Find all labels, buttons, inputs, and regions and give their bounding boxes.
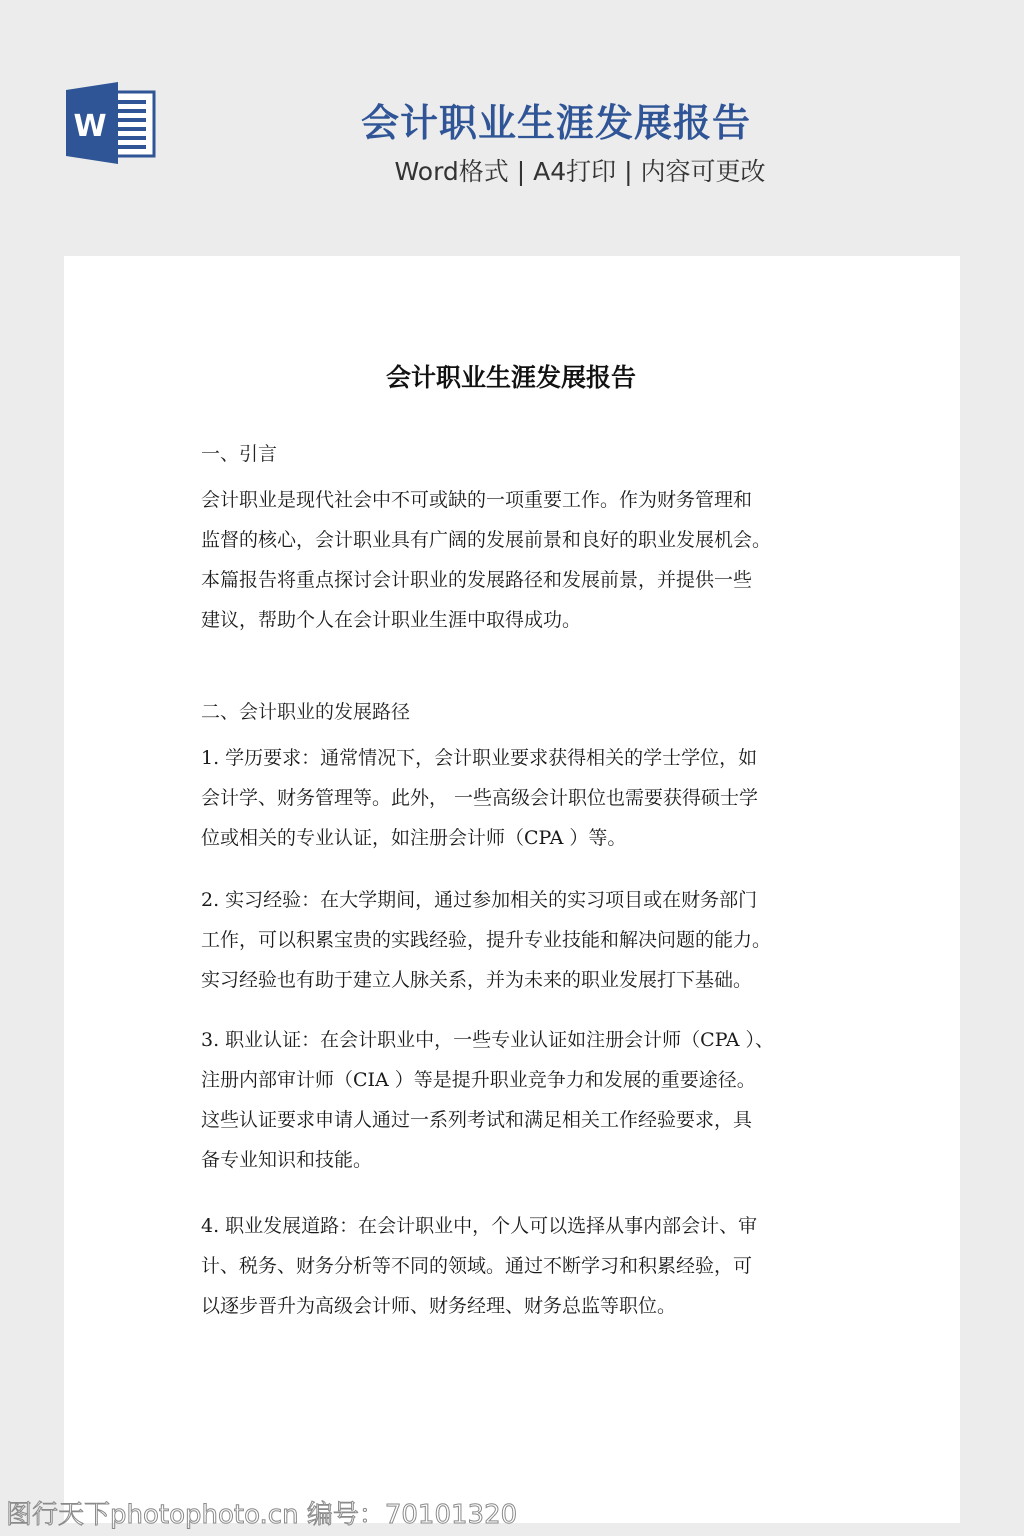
paragraph-line: 2. 实习经验：在大学期间，通过参加相关的实习项目或在财务部门 [201, 880, 836, 920]
paragraph-line: 注册内部审计师（CIA ）等是提升职业竞争力和发展的重要途径。 [201, 1060, 836, 1100]
document-title: 会计职业生涯发展报告 [201, 358, 821, 394]
paragraph-line: 会计职业是现代社会中不可或缺的一项重要工作。作为财务管理和 [201, 480, 836, 520]
paragraph-introduction: 会计职业是现代社会中不可或缺的一项重要工作。作为财务管理和 监督的核心，会计职业… [201, 480, 836, 640]
watermark-text: 图行天下photophoto.cn 编号：70101320 [6, 1494, 517, 1531]
subtitle-editable: 内容可更改 [640, 157, 765, 186]
paragraph-line: 以逐步晋升为高级会计师、财务经理、财务总监等职位。 [201, 1286, 836, 1326]
paragraph-line: 监督的核心，会计职业具有广阔的发展前景和良好的职业发展机会。 [201, 520, 836, 560]
paragraph-internship: 2. 实习经验：在大学期间，通过参加相关的实习项目或在财务部门 工作，可以积累宝… [201, 880, 836, 1000]
paragraph-line: 实习经验也有助于建立人脉关系，并为未来的职业发展打下基础。 [201, 960, 836, 1000]
paragraph-line: 会计学、财务管理等。此外， 一些高级会计职位也需要获得硕士学 [201, 778, 836, 818]
paragraph-education: 1. 学历要求：通常情况下，会计职业要求获得相关的学士学位，如 会计学、财务管理… [201, 738, 836, 858]
paragraph-line: 计、税务、财务分析等不同的领域。通过不断学习和积累经验，可 [201, 1246, 836, 1286]
header-subtitle: Word格式 | A4打印 | 内容可更改 [300, 152, 860, 188]
subtitle-separator: | [509, 157, 533, 186]
paragraph-line: 备专业知识和技能。 [201, 1140, 836, 1180]
section-heading-introduction: 一、引言 [201, 439, 277, 466]
paragraph-line: 1. 学历要求：通常情况下，会计职业要求获得相关的学士学位，如 [201, 738, 836, 778]
header-banner: W 会计职业生涯发展报告 Word格式 | A4打印 | 内容可更改 [0, 0, 1024, 256]
subtitle-print: A4打印 [533, 157, 616, 186]
svg-text:W: W [73, 109, 106, 144]
header-title: 会计职业生涯发展报告 [300, 92, 812, 147]
word-document-icon: W [64, 82, 156, 164]
paragraph-career-development: 4. 职业发展道路：在会计职业中，个人可以选择从事内部会计、审 计、税务、财务分… [201, 1206, 836, 1326]
paragraph-certification: 3. 职业认证：在会计职业中，一些专业认证如注册会计师（CPA ）、 注册内部审… [201, 1020, 836, 1180]
paragraph-line: 3. 职业认证：在会计职业中，一些专业认证如注册会计师（CPA ）、 [201, 1020, 836, 1060]
paragraph-line: 本篇报告将重点探讨会计职业的发展路径和发展前景，并提供一些 [201, 560, 836, 600]
document-page: 会计职业生涯发展报告 一、引言 会计职业是现代社会中不可或缺的一项重要工作。作为… [64, 256, 960, 1523]
paragraph-line: 这些认证要求申请人通过一系列考试和满足相关工作经验要求，具 [201, 1100, 836, 1140]
subtitle-separator: | [616, 157, 640, 186]
paragraph-line: 4. 职业发展道路：在会计职业中，个人可以选择从事内部会计、审 [201, 1206, 836, 1246]
subtitle-format: Word格式 [395, 157, 509, 186]
paragraph-line: 建议，帮助个人在会计职业生涯中取得成功。 [201, 600, 836, 640]
paragraph-line: 位或相关的专业认证，如注册会计师（CPA ）等。 [201, 818, 836, 858]
section-heading-career-path: 二、会计职业的发展路径 [201, 697, 410, 724]
paragraph-line: 工作，可以积累宝贵的实践经验，提升专业技能和解决问题的能力。 [201, 920, 836, 960]
